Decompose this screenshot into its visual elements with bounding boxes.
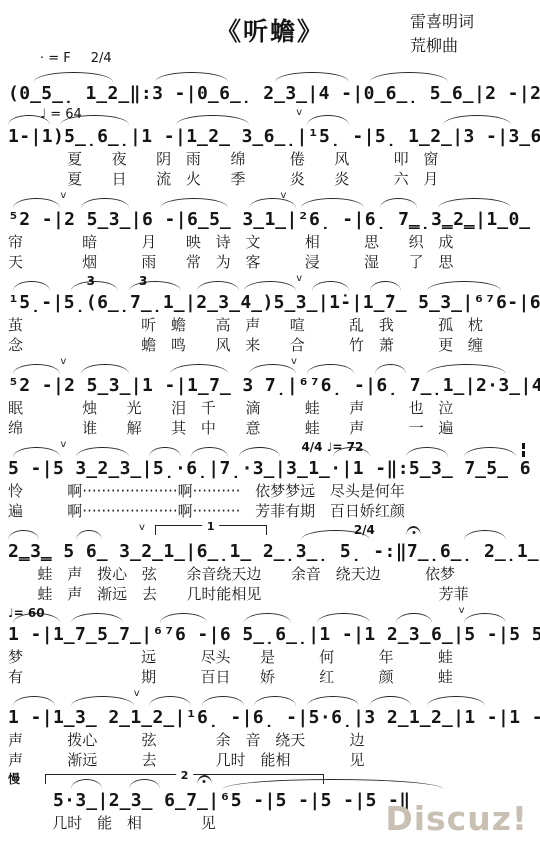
slur-arc [333,447,370,457]
annotation-row: 慢2 [8,775,532,788]
slur-arc [464,530,506,540]
slur-arc [71,613,123,623]
page-title: 《听蟾》 [216,12,324,48]
slur-arc [380,198,417,208]
breath-mark: v [280,191,286,201]
breath-mark: v [60,440,66,450]
lyric-line-2: 有 期 百日 娇 红 颜 蛙 [8,667,532,687]
slur-arc [197,281,239,291]
slur-arc [375,364,406,374]
slur-arc [427,281,500,291]
annotation-row: 33v [8,277,532,290]
system-8: ♩= 60v1 -|1̲7̲5̲7̲|⁶⁷6 -|6 5̲̣6̲̣|1 -|1 … [8,609,532,687]
slur-arc [464,447,516,457]
annotation-row: v12/4 [8,526,532,539]
lyric-line-1: 茧 听 蟾 高 声 喧 乱 我 孤 枕 [8,315,532,335]
lyric-line-2: 声 渐远 去 几时 能相 见 [8,750,532,770]
slur-arc [13,696,55,706]
slur-arc [13,447,60,457]
fermata-mark [406,526,421,536]
slur-arc [427,696,485,706]
notation-line: (0̲5̲̣ 1̲2̲‖:3 -|0̲6̲̣ 2̲3̲|4 -|0̲6̲̣ 5̲… [8,81,532,106]
volta-number: 2 [176,770,194,781]
slur-arc [202,696,244,706]
breath-mark: v [139,523,145,533]
lyric-line-1: 眠 烛 光 泪 千 滴 蛙 声 也 泣 [8,398,532,418]
system-2: v1-|1)5̲̣6̲̣|1 -|1̲2̲ 3̲6̲̣|¹5̣ -|5̣ 1̲2… [8,111,532,189]
slur-arc [312,281,349,291]
slur-arc [176,115,249,125]
annotation-row: v [8,692,532,705]
tick [522,451,525,457]
lyric-line-1: 梦 远 尽头 是 何 年 蛙 [8,647,532,667]
tempo-annotation: 2/4 [354,524,375,536]
lyric-line-1: 声 拨心 弦 余 音 绕天 边 [8,730,532,750]
slur-arc [239,447,281,457]
fermata-dot [203,780,206,783]
lyric-line-2: 蛙 声 渐远 去 几时能相见 芳菲 [8,584,532,604]
slur-arc [396,613,433,623]
slur-arc [34,72,113,82]
slur-arc [370,281,401,291]
slur-arc [81,364,128,374]
system-5: vv⁵2 -|2 5̲3̲|1 -|1̲7̲ 3 7̣|⁶⁷6̣ -|6̣ 7̲… [8,360,532,438]
lyric-line-2: 天 烟 雨 常 为 客 浸 湿 了 思 [8,252,532,272]
slur-arc [249,364,296,374]
slur-arc [81,198,128,208]
notation-line: ⁵2 -|2 5̲3̲|6 -|6̲5̲ 3̲1̲|²6̣ -|6̣ 7̳̣3̳… [8,207,532,232]
lyric-line-1: 夏 夜 阴 雨 绵 倦 风 叩 窗 [8,149,532,169]
lyric-line-1: 蛙 声 拨心 弦 余音绕天边 余音 绕天边 依梦 [8,564,532,584]
fermata-mark [197,775,212,785]
slur-arc [370,696,412,706]
notation-line: 5 -|5 3̲2̲3̲|5̣·6̣|7̣·3̲|3̲1̲·|1 -‖:5̲3̲… [8,456,532,481]
system-4: 33v¹5̣-|5̣(6̲̣7̲̣1̲|2̲3̲4̲)5̲3̲|1̇-|1̲̇7… [8,277,532,355]
slur-arc [76,530,102,540]
slur-arc [244,613,291,623]
slur-arc [8,115,50,125]
system-7: v12/42̳3̳ 5 6̲ 3̲2̲1̲|6̲̣1̲ 2̲̣3̲̣ 5̣ -:… [8,526,532,604]
slur-arc [191,447,228,457]
slur-arc [13,281,50,291]
notation-line: 1 -|1̲7̲5̲7̲|⁶⁷6 -|6 5̲̣6̲̣|1 -|1 2̲3̲6̲… [8,622,532,647]
slur-arc [301,198,364,208]
slur-arc [249,198,296,208]
system-9: v1 -|1̲3̲ 2̲1̲2̲|¹6̣ -|6̣ -|5·6̣|3 2̲1̲2… [8,692,532,770]
edge-ticks [522,441,525,459]
lyric-line-1: 怜 啊····················啊·········· 依梦梦远 … [8,481,532,501]
slur-arc [160,613,207,623]
breath-mark: v [134,689,140,699]
watermark: Discuz! [385,799,528,838]
volta-bracket: 1 [155,525,267,535]
notation-line: 1-|1)5̲̣6̲̣|1 -|1̲2̲ 3̲6̲̣|¹5̣ -|5̣ 1̲2̲… [8,124,532,149]
slur-arc [307,364,354,374]
tick [522,443,525,449]
header: · = F2/4 ♩ = 64 《听蟾》 雷喜明词 荒柳曲 [8,6,532,68]
key-signature: · = F [40,51,71,66]
time-signature: 2/4 [91,51,112,66]
slur-arc [244,281,296,291]
slur-arc [443,115,511,125]
slur-arc [8,530,39,540]
notation-line: 1 -|1̲3̲ 2̲1̲2̲|¹6̣ -|6̣ -|5·6̣|3 2̲1̲2̲… [8,705,532,730]
lyric-line-1: 帘 暗 月 映 诗 文 相 思 织 成 [8,232,532,252]
slur-arc [129,281,181,291]
system-1: (0̲5̲̣ 1̲2̲‖:3 -|0̲6̲̣ 2̲3̲|4 -|0̲6̲̣ 5̲… [8,68,532,106]
slur-arc [149,696,191,706]
key-meter-line: · = F2/4 [40,50,112,69]
slur-arc [406,447,448,457]
annotation-row: ♩= 60v [8,609,532,622]
slur-arc [275,72,348,82]
systems: (0̲5̲̣ 1̲2̲‖:3 -|0̲6̲̣ 2̲3̲|4 -|0̲6̲̣ 5̲… [8,68,532,833]
lyricist: 雷喜明词 [410,10,474,34]
composer: 荒柳曲 [410,34,474,58]
slur-arc [155,72,228,82]
slur-arc [427,364,506,374]
annotation-row: vv [8,194,532,207]
slur-arc [13,198,60,208]
lyric-line-2: 遍 啊····················啊·········· 芳菲有期 … [8,501,532,521]
slur-arc [149,447,180,457]
slur-arc [438,198,511,208]
annotation-row: vv [8,360,532,373]
tempo-annotation: 3 [87,275,95,287]
annotation-row [8,68,532,81]
lyric-line-2: 念 蟾 鸣 风 来 合 竹 萧 更 缠 [8,335,532,355]
fermata-dot [412,531,415,534]
slur-arc [307,115,349,125]
breath-mark: v [60,191,66,201]
lyric-line-2: 夏 日 流 火 季 炎 炎 六 月 [8,169,532,189]
slur-arc [13,613,60,623]
breath-mark: v [296,274,302,284]
slur-arc [317,613,369,623]
slur-arc [13,364,60,374]
annotation-row: v4/4 ♩= 72 [8,443,532,456]
system-6: v4/4 ♩= 725 -|5 3̲2̲3̲|5̣·6̣|7̣·3̲|3̲1̲·… [8,443,532,521]
slur-arc [71,696,134,706]
slur-arc [76,447,128,457]
tempo-annotation: 慢 [8,773,20,785]
lyric-line-2: 绵 谁 解 其 中 意 蛙 声 一 遍 [8,418,532,438]
notation-line: ¹5̣-|5̣(6̲̣7̲̣1̲|2̲3̲4̲)5̲3̲|1̇-|1̲̇7̲ 5… [8,290,532,315]
volta-number: 1 [202,521,220,532]
slur-arc [370,72,449,82]
system-3: vv⁵2 -|2 5̲3̲|6 -|6̲5̲ 3̲1̲|²6̣ -|6̣ 7̳̣… [8,194,532,272]
notation-line: 2̳3̳ 5 6̲ 3̲2̲1̲|6̲̣1̲ 2̲̣3̲̣ 5̣ -:‖7̲̣6… [8,539,532,564]
slur-arc [464,613,506,623]
breath-mark: v [296,108,302,118]
breath-mark: v [291,357,297,367]
slur-arc [160,198,228,208]
credits: 雷喜明词 荒柳曲 [410,10,474,58]
sheet-music-page: · = F2/4 ♩ = 64 《听蟾》 雷喜明词 荒柳曲 (0̲5̲̣ 1̲2… [0,0,540,846]
slur-arc [307,696,359,706]
slur-arc [254,696,296,706]
breath-mark: v [60,357,66,367]
breath-mark: v [459,606,465,616]
slur-arc [170,364,228,374]
annotation-row: v [8,111,532,124]
slur-arc [60,115,128,125]
notation-line: ⁵2 -|2 5̲3̲|1 -|1̲7̲ 3 7̣|⁶⁷6̣ -|6̣ 7̲̣1… [8,373,532,398]
